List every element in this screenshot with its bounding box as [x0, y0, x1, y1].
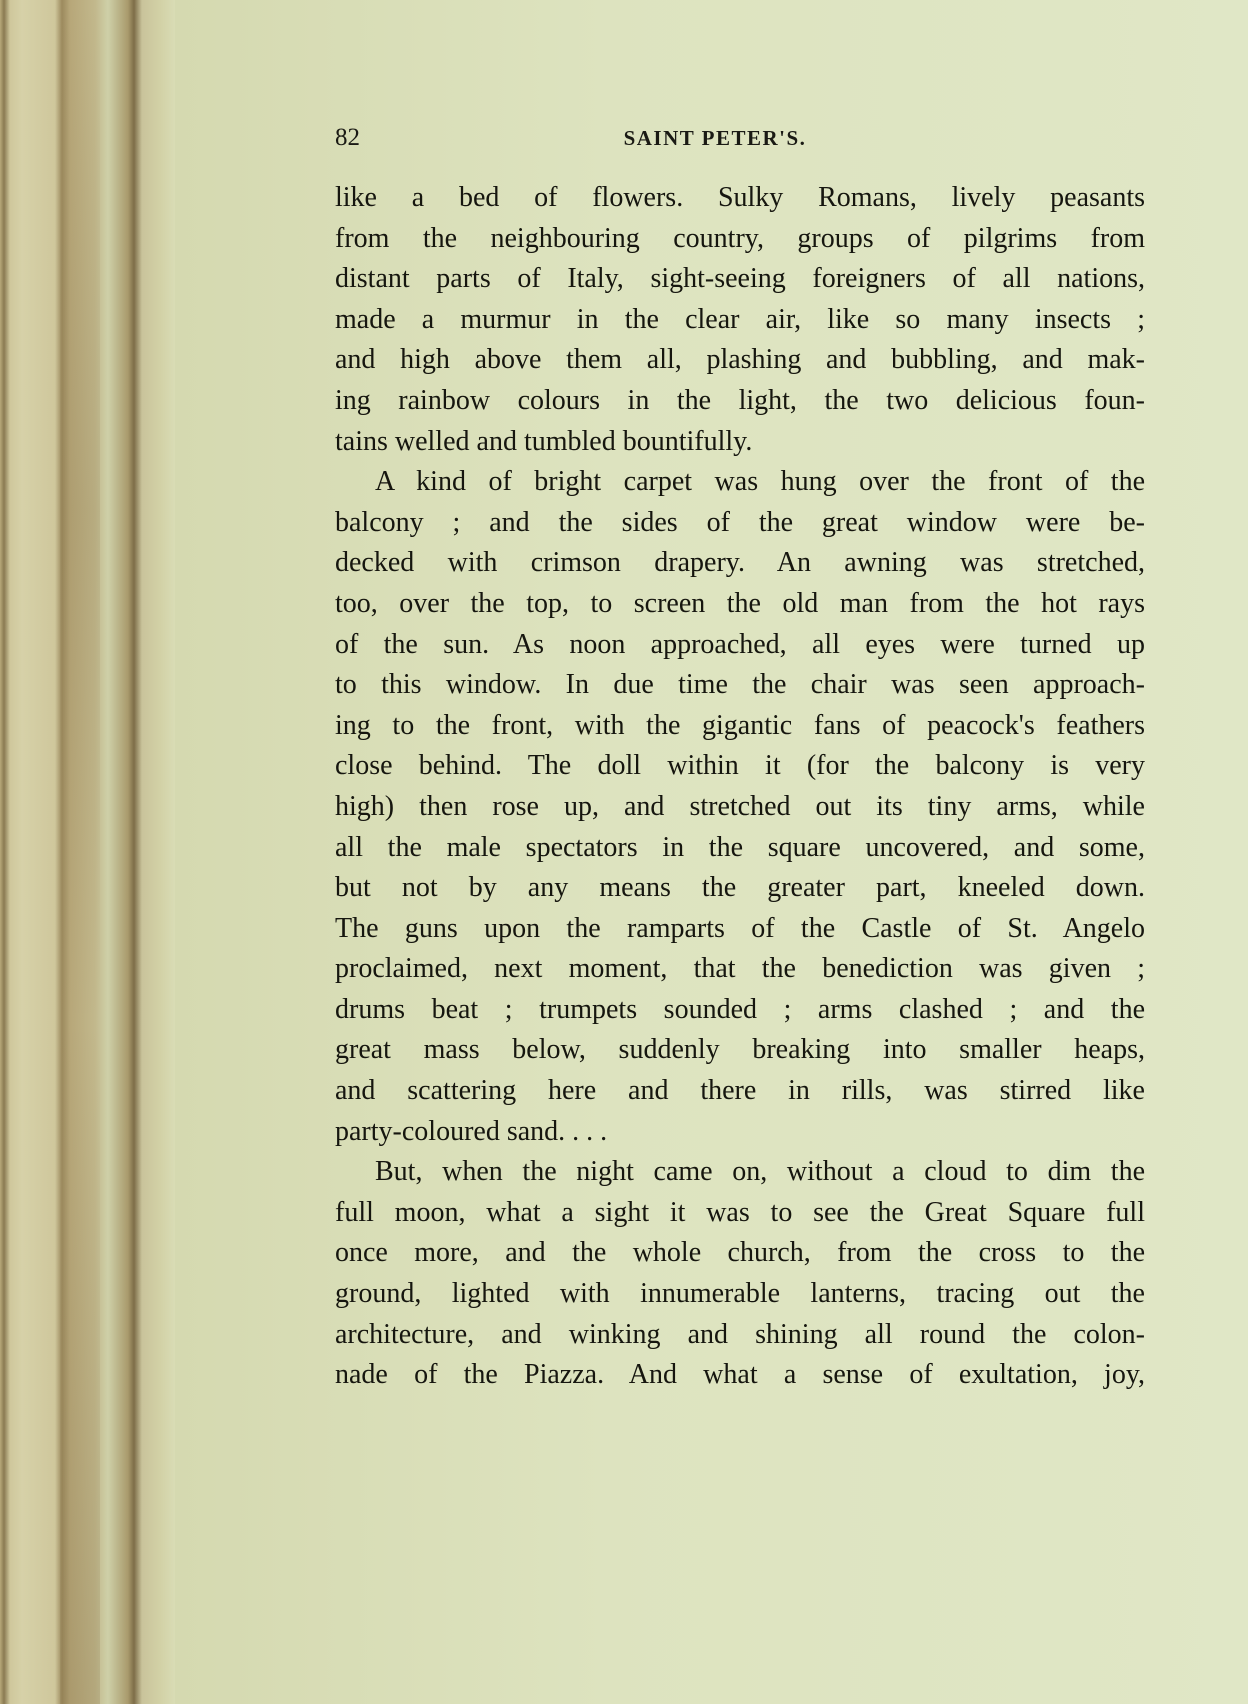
- running-head: 82 SAINT PETER'S.: [335, 124, 1145, 156]
- text-line: like a bed of flowers. Sulky Romans, liv…: [335, 178, 1145, 219]
- text-line: close behind. The doll within it (for th…: [335, 746, 1145, 787]
- text-line: once more, and the whole church, from th…: [335, 1233, 1145, 1274]
- text-line: too, over the top, to screen the old man…: [335, 584, 1145, 625]
- text-line: from the neighbouring country, groups of…: [335, 219, 1145, 260]
- text-line: but not by any means the greater part, k…: [335, 868, 1145, 909]
- text-line: all the male spectators in the square un…: [335, 828, 1145, 869]
- book-page-edges: [0, 0, 175, 1704]
- text-line: distant parts of Italy, sight-seeing for…: [335, 259, 1145, 300]
- text-line: to this window. In due time the chair wa…: [335, 665, 1145, 706]
- text-line: balcony ; and the sides of the great win…: [335, 503, 1145, 544]
- text-line: ing to the front, with the gigantic fans…: [335, 706, 1145, 747]
- text-line: ground, lighted with innumerable lantern…: [335, 1274, 1145, 1315]
- text-line: party-coloured sand. . . .: [335, 1112, 1145, 1153]
- text-line: great mass below, suddenly breaking into…: [335, 1030, 1145, 1071]
- text-line: The guns upon the ramparts of the Castle…: [335, 909, 1145, 950]
- text-line: A kind of bright carpet was hung over th…: [335, 462, 1145, 503]
- text-line: and high above them all, plashing and bu…: [335, 340, 1145, 381]
- running-title: SAINT PETER'S.: [335, 126, 1095, 151]
- text-line: drums beat ; trumpets sounded ; arms cla…: [335, 990, 1145, 1031]
- text-line: proclaimed, next moment, that the benedi…: [335, 949, 1145, 990]
- text-line: nade of the Piazza. And what a sense of …: [335, 1355, 1145, 1396]
- text-line: of the sun. As noon approached, all eyes…: [335, 625, 1145, 666]
- text-line: made a murmur in the clear air, like so …: [335, 300, 1145, 341]
- body-text: like a bed of flowers. Sulky Romans, liv…: [335, 178, 1145, 1396]
- text-line: full moon, what a sight it was to see th…: [335, 1193, 1145, 1234]
- text-line: ing rainbow colours in the light, the tw…: [335, 381, 1145, 422]
- text-line: and scattering here and there in rills, …: [335, 1071, 1145, 1112]
- text-line: tains welled and tumbled bountifully.: [335, 422, 1145, 463]
- text-line: high) then rose up, and stretched out it…: [335, 787, 1145, 828]
- text-line: architecture, and winking and shining al…: [335, 1315, 1145, 1356]
- text-line: But, when the night came on, without a c…: [335, 1152, 1145, 1193]
- text-line: decked with crimson drapery. An awning w…: [335, 543, 1145, 584]
